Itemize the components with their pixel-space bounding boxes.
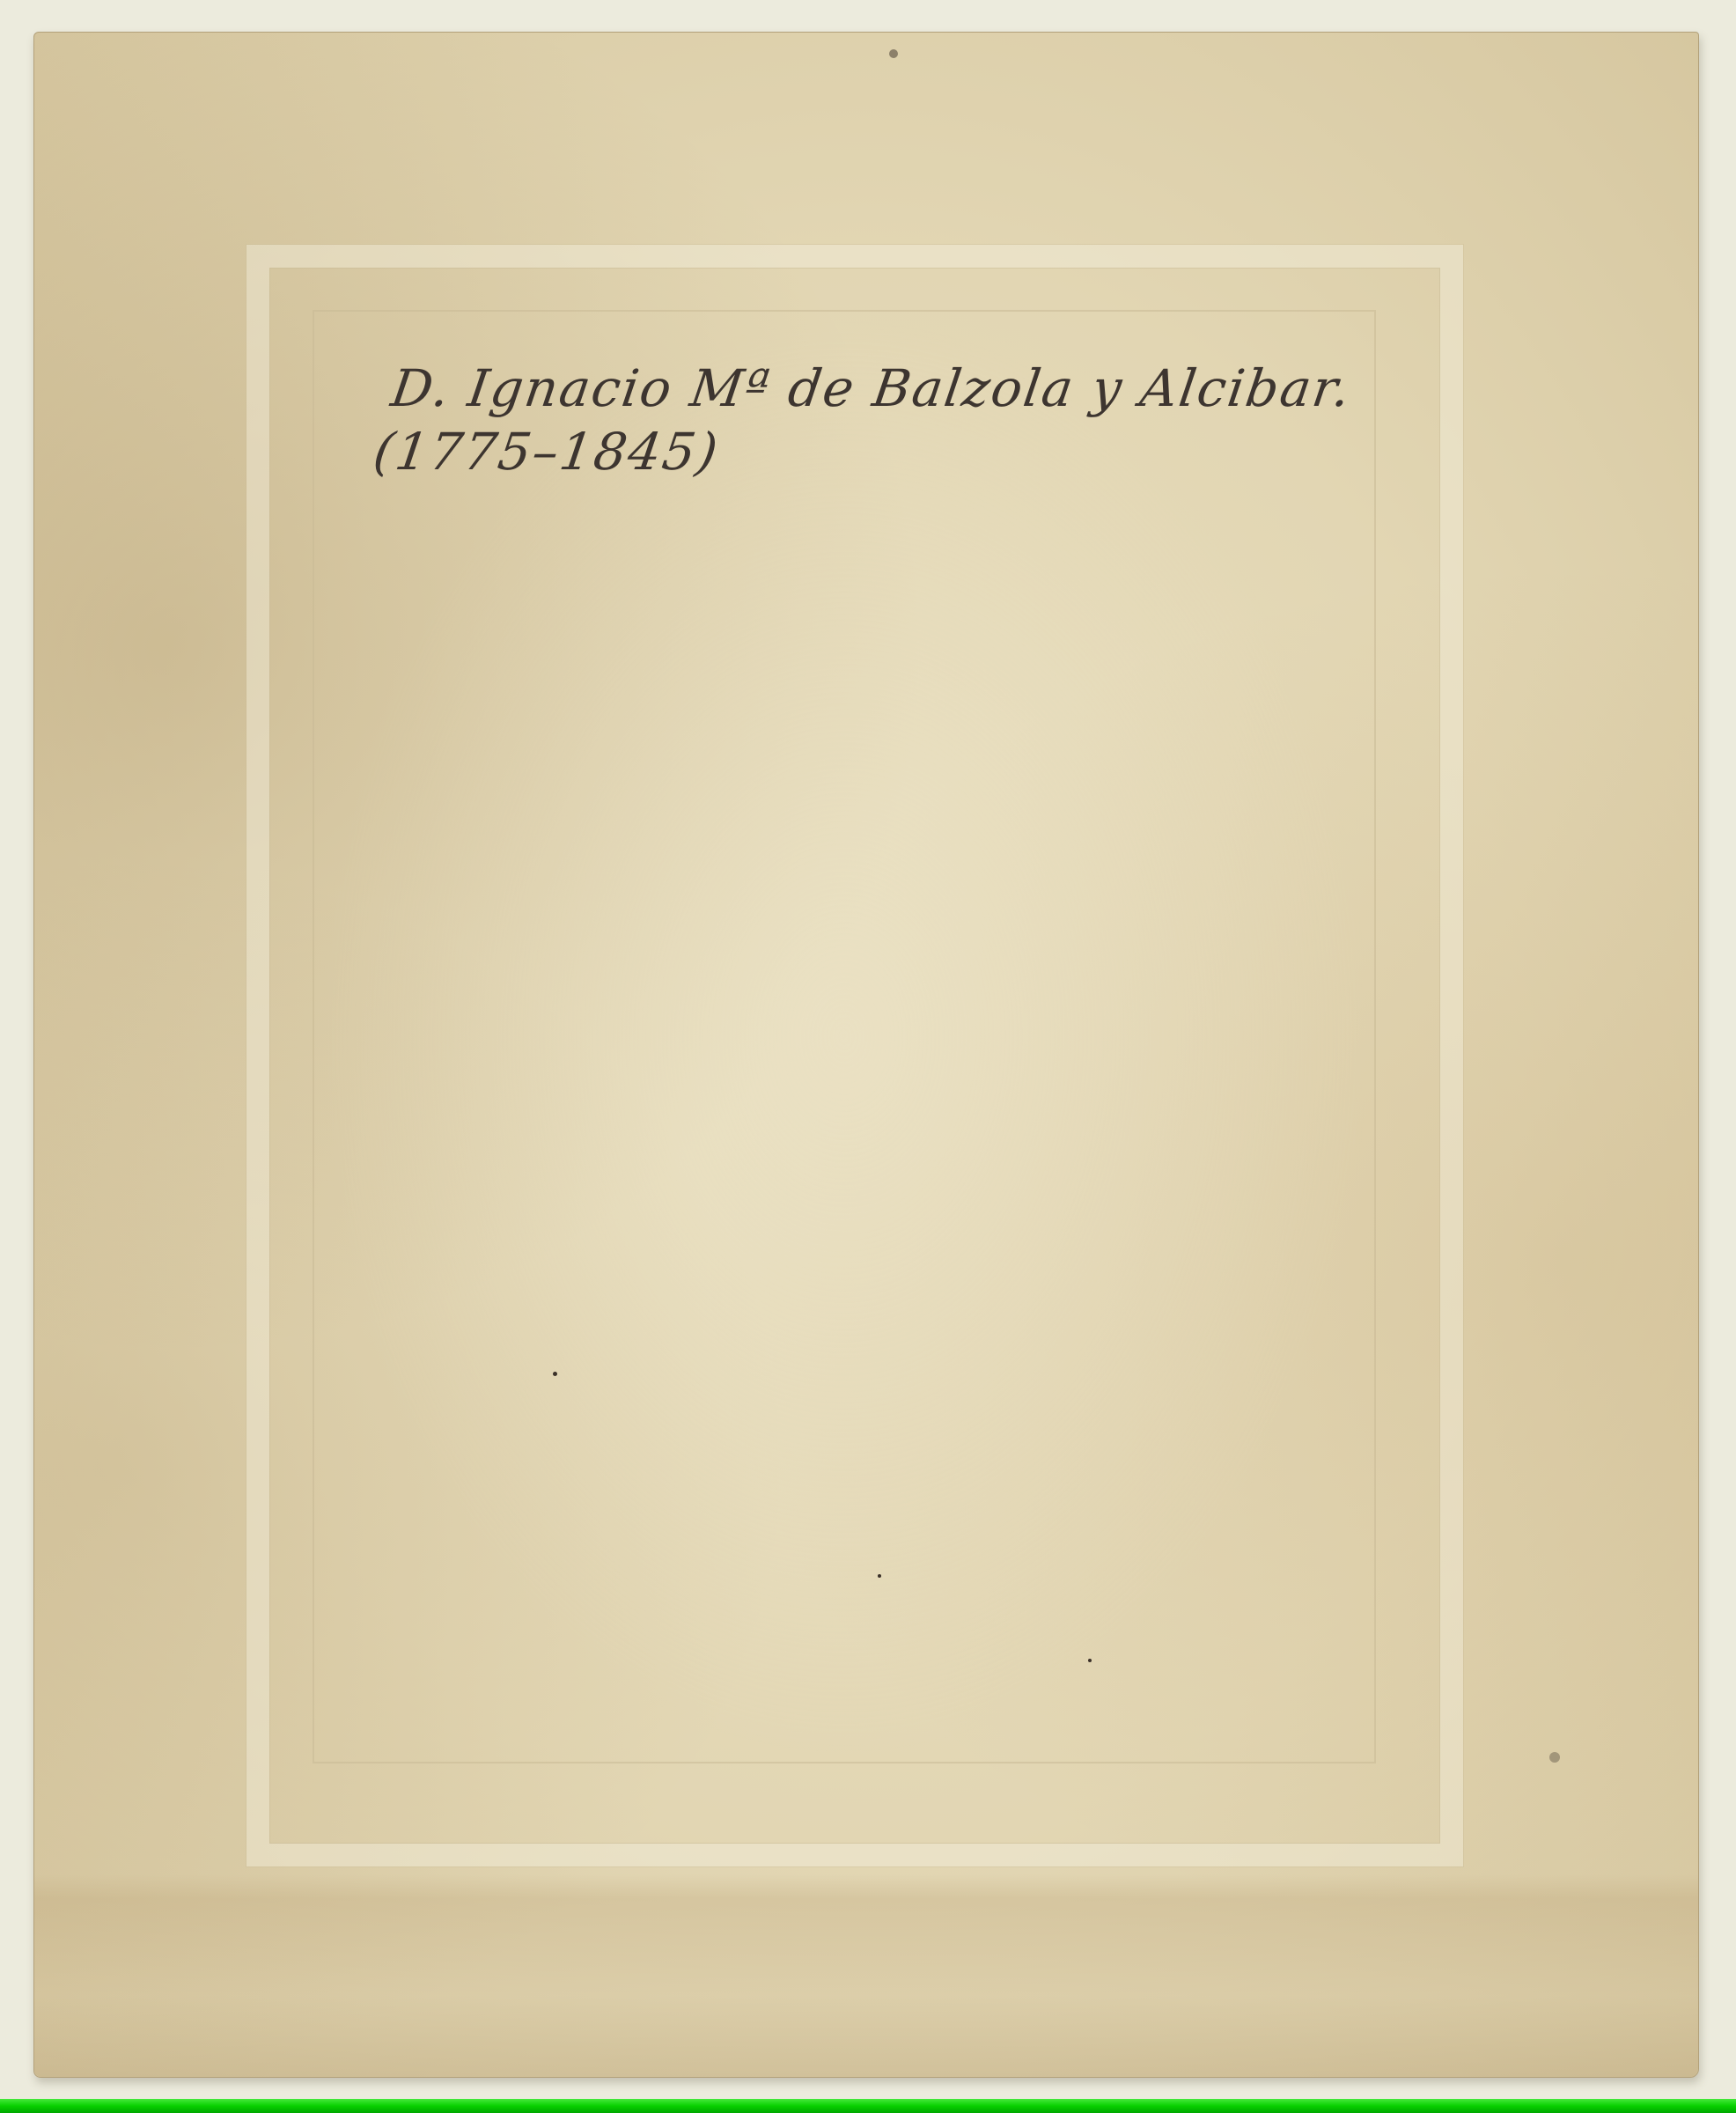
scan-stage: D. Ignacio Mª de Balzola y Alcibar. (177…	[0, 0, 1736, 2113]
embossed-photo-frame	[313, 310, 1376, 1763]
scan-color-bar	[0, 2099, 1736, 2113]
inscription-name: D. Ignacio Mª de Balzola y Alcibar.	[387, 357, 1356, 420]
stain-speck	[889, 49, 898, 58]
handwritten-inscription: D. Ignacio Mª de Balzola y Alcibar. (177…	[379, 357, 1356, 483]
ink-speck	[1088, 1659, 1092, 1662]
inscription-dates: (1775–1845)	[370, 420, 1347, 483]
ink-speck	[878, 1574, 881, 1578]
ink-speck	[553, 1372, 557, 1376]
stain-speck	[1549, 1752, 1560, 1763]
